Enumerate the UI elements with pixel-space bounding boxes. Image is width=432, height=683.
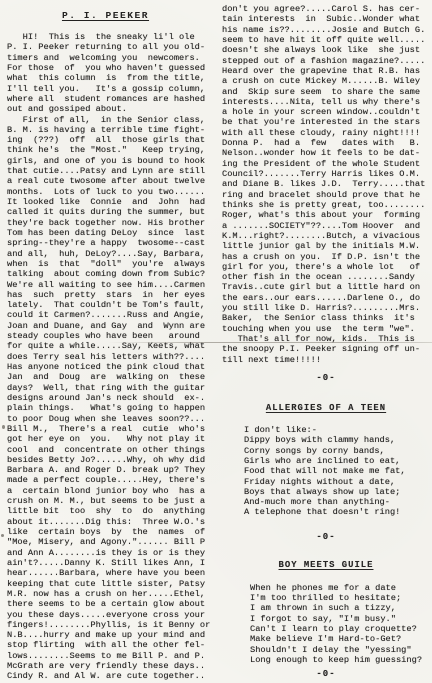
scan-artifact-speck	[1, 534, 4, 537]
allergies-heading: ALLERGIES OF A TEEN	[222, 403, 430, 413]
allergies-poem: I don't like:- Dippy boys with clammy ha…	[222, 425, 430, 518]
column-title: P. I. PEEKER	[7, 10, 204, 21]
boy-meets-guile-poem: When he phones me for a date I'm too thr…	[222, 583, 430, 666]
boy-meets-guile-heading: BOY MEETS GUILE	[222, 560, 430, 570]
left-column: P. I. PEEKER HI! This is the sneaky li'l…	[0, 0, 216, 683]
section-divider: -0-	[222, 532, 430, 542]
section-divider: -0-	[222, 669, 430, 679]
gossip-column-left-text: HI! This is the sneaky li'l ole P. I. Pe…	[7, 32, 214, 682]
newsletter-scan-page: P. I. PEEKER HI! This is the sneaky li'l…	[0, 0, 432, 683]
scan-artifact-speck	[2, 425, 5, 429]
right-column: don't you agree?.....Carol S. has cer- t…	[216, 0, 432, 683]
gossip-column-right-text: don't you agree?.....Carol S. has cer- t…	[222, 4, 430, 365]
section-divider: -0-	[222, 373, 430, 383]
